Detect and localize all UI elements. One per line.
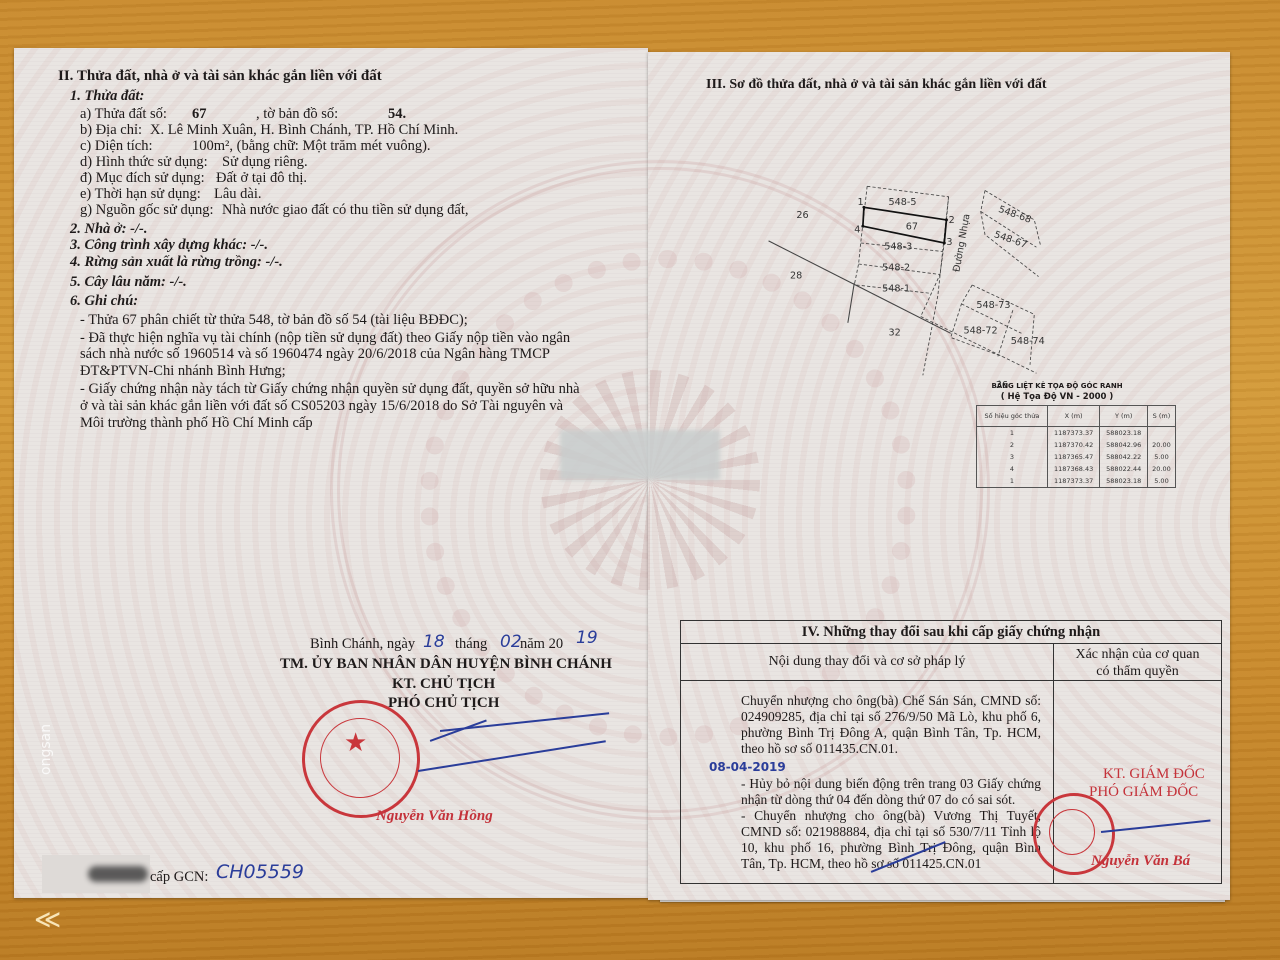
coord-cell-x: 1187373.37 [1047, 427, 1100, 440]
coord-row: 41187368.43588022.4420.00 [977, 463, 1176, 475]
parcel-number-value: 67 [192, 106, 207, 123]
cadastral-map: 1234 548-567 548-3548-2548-1 26283236 54… [760, 180, 1060, 390]
redacted-watermark-area [560, 430, 720, 480]
issuing-org: TM. ỦY BAN NHÂN DÂN HUYỆN BÌNH CHÁNH [280, 656, 612, 673]
coord-cell-x: 1187370.42 [1047, 439, 1100, 451]
coordinate-table: Số hiệu góc thửa X (m) Y (m) S (m) 11187… [976, 405, 1176, 488]
note-line: - Giấy chứng nhận này tách từ Giấy chứng… [80, 381, 580, 398]
svg-text:3: 3 [946, 237, 952, 248]
item-perennial-trees: 5. Cây lâu năm: -/-. [70, 274, 187, 291]
svg-text:28: 28 [790, 271, 802, 282]
col-x: X (m) [1047, 406, 1100, 427]
confirm-header-line2: có thẩm quyền [1054, 663, 1221, 680]
col-y: Y (m) [1100, 406, 1148, 427]
area-value: 100m², (bằng chữ: Một trăm mét vuông). [192, 138, 431, 155]
usage-form-value: Sử dụng riêng. [222, 154, 308, 171]
svg-text:548-74: 548-74 [1011, 336, 1045, 347]
coord-cell-s: 5.00 [1147, 475, 1175, 488]
note-line: ở và tài sản khác gắn liền với đất số CS… [80, 398, 563, 415]
map-sheet-value: 54. [388, 106, 406, 123]
changes-col-content-header: Nội dung thay đổi và cơ sở pháp lý [681, 644, 1054, 680]
signed-month: 02 [500, 634, 522, 651]
gcn-number: CH05559 [216, 864, 304, 881]
address-value: X. Lê Minh Xuân, H. Bình Chánh, TP. Hồ C… [150, 122, 458, 139]
note-line: - Đã thực hiện nghĩa vụ tài chính (nộp t… [80, 330, 570, 347]
confirm-signature-stroke [1101, 820, 1211, 833]
svg-text:67: 67 [906, 221, 918, 232]
svg-text:548-72: 548-72 [964, 325, 998, 336]
col-corner-id: Số hiệu góc thửa [977, 406, 1048, 427]
svg-text:548-2: 548-2 [882, 262, 910, 273]
usage-form-label: d) Hình thức sử dụng: [80, 154, 208, 171]
coord-cell-id: 1 [977, 427, 1048, 440]
confirm-title-director: KT. GIÁM ĐỐC [1103, 766, 1205, 783]
change-date-stamp: 08-04-2019 [709, 759, 786, 776]
svg-text:4: 4 [854, 225, 860, 236]
coord-cell-s: 5.00 [1147, 451, 1175, 463]
coord-cell-y: 588042.22 [1100, 451, 1148, 463]
signer-name-right: Nguyễn Văn Bá [1091, 853, 1190, 870]
year-label: năm 20 [520, 636, 563, 653]
coord-cell-id: 4 [977, 463, 1048, 475]
confirm-title-vice-director: PHÓ GIÁM ĐỐC [1089, 784, 1198, 801]
title-chairman: KT. CHỦ TỊCH [392, 676, 495, 693]
svg-text:1: 1 [858, 197, 864, 208]
coord-row: 21187370.42588042.9620.00 [977, 439, 1176, 451]
coord-cell-s [1147, 427, 1175, 440]
coord-cell-y: 588042.96 [1100, 439, 1148, 451]
signed-day: 18 [423, 634, 445, 651]
item-production-forest: 4. Rừng sản xuất là rừng trồng: -/-. [70, 254, 283, 271]
coord-cell-id: 1 [977, 475, 1048, 488]
gcn-label: cấp GCN: [150, 869, 208, 886]
area-label: c) Diện tích: [80, 138, 152, 155]
coord-cell-s: 20.00 [1147, 439, 1175, 451]
change-entry-cancel: - Hủy bỏ nội dung biến động trên trang 0… [741, 776, 1041, 808]
svg-text:2: 2 [949, 215, 955, 226]
note-line: ĐT&PTVN-Chi nhánh Bình Hưng; [80, 363, 286, 380]
change-entry-transfer-1: Chuyển nhượng cho ông(bà) Chế Sán Sán, C… [741, 693, 1041, 757]
usage-purpose-label: đ) Mục đích sử dụng: [80, 170, 205, 187]
coord-cell-s: 20.00 [1147, 463, 1175, 475]
svg-text:548-67: 548-67 [993, 229, 1029, 251]
item-house: 2. Nhà ở: -/-. [70, 221, 147, 238]
usage-term-label: e) Thời hạn sử dụng: [80, 186, 201, 203]
changes-col-confirm-header: Xác nhận của cơ quan có thẩm quyền [1054, 644, 1221, 682]
coord-cell-id: 2 [977, 439, 1048, 451]
origin-value: Nhà nước giao đất có thu tiền sử dụng đấ… [222, 202, 468, 219]
coord-cell-id: 3 [977, 451, 1048, 463]
changes-title: IV. Những thay đổi sau khi cấp giấy chứn… [681, 621, 1221, 644]
item-notes-heading: 6. Ghi chú: [70, 293, 138, 310]
coord-row: 31187365.47588042.225.00 [977, 451, 1176, 463]
svg-text:32: 32 [889, 327, 901, 338]
coord-cell-x: 1187368.43 [1047, 463, 1100, 475]
star-emblem-icon: ★ [344, 728, 367, 758]
title-vice-chairman: PHÓ CHỦ TỊCH [388, 695, 499, 712]
address-label: b) Địa chỉ: [80, 122, 142, 139]
place-date-prefix: Bình Chánh, ngày [310, 636, 415, 653]
parcel-heading: 1. Thửa đất: [70, 88, 144, 105]
changes-table: IV. Những thay đổi sau khi cấp giấy chứn… [680, 620, 1222, 884]
ongsan-watermark: ongsan [38, 724, 54, 775]
svg-text:548-5: 548-5 [889, 197, 917, 208]
signed-year: 19 [576, 630, 598, 647]
confirm-header-line1: Xác nhận của cơ quan [1054, 646, 1221, 663]
coord-cell-y: 588023.18 [1100, 475, 1148, 488]
col-s: S (m) [1147, 406, 1175, 427]
redacted-gcn-prefix [88, 866, 148, 882]
coord-row: 11187373.37588023.185.00 [977, 475, 1176, 488]
coord-cell-y: 588023.18 [1100, 427, 1148, 440]
coord-row: 11187373.37588023.18 [977, 427, 1176, 440]
note-line: - Thửa 67 phân chiết từ thửa 548, tờ bản… [80, 312, 468, 329]
parcel-number-label: a) Thửa đất số: [80, 106, 167, 123]
coord-cell-x: 1187365.47 [1047, 451, 1100, 463]
note-line: Môi trường thành phố Hồ Chí Minh cấp [80, 415, 313, 432]
usage-purpose-value: Đất ở tại đô thị. [216, 170, 307, 187]
month-label: tháng [455, 636, 487, 653]
signer-name-left: Nguyễn Văn Hồng [376, 808, 493, 825]
section-iii-title: III. Sơ đồ thửa đất, nhà ở và tài sản kh… [706, 76, 1047, 93]
office-stamp-inner [1049, 809, 1095, 855]
note-line: sách nhà nước số 1960514 và số 1960474 n… [80, 346, 550, 363]
brand-logo-icon: ≪ [34, 905, 64, 935]
section-ii-title: II. Thửa đất, nhà ở và tài sản khác gắn … [58, 68, 382, 85]
coord-cell-y: 588022.44 [1100, 463, 1148, 475]
svg-text:548-1: 548-1 [882, 283, 910, 294]
usage-term-value: Lâu dài. [214, 186, 262, 203]
coord-table-title: BẢNG LIỆT KÊ TỌA ĐỘ GÓC RANH [982, 382, 1132, 390]
coord-cell-x: 1187373.37 [1047, 475, 1100, 488]
item-other-construction: 3. Công trình xây dựng khác: -/-. [70, 237, 268, 254]
origin-label: g) Nguồn gốc sử dụng: [80, 202, 214, 219]
svg-text:548-68: 548-68 [997, 204, 1033, 226]
coord-table-subtitle: ( Hệ Tọa Độ VN - 2000 ) [982, 392, 1132, 402]
svg-text:26: 26 [796, 210, 808, 221]
map-sheet-label: , tờ bản đồ số: [256, 106, 338, 123]
svg-text:548-3: 548-3 [884, 241, 912, 252]
svg-text:548-73: 548-73 [976, 300, 1010, 311]
